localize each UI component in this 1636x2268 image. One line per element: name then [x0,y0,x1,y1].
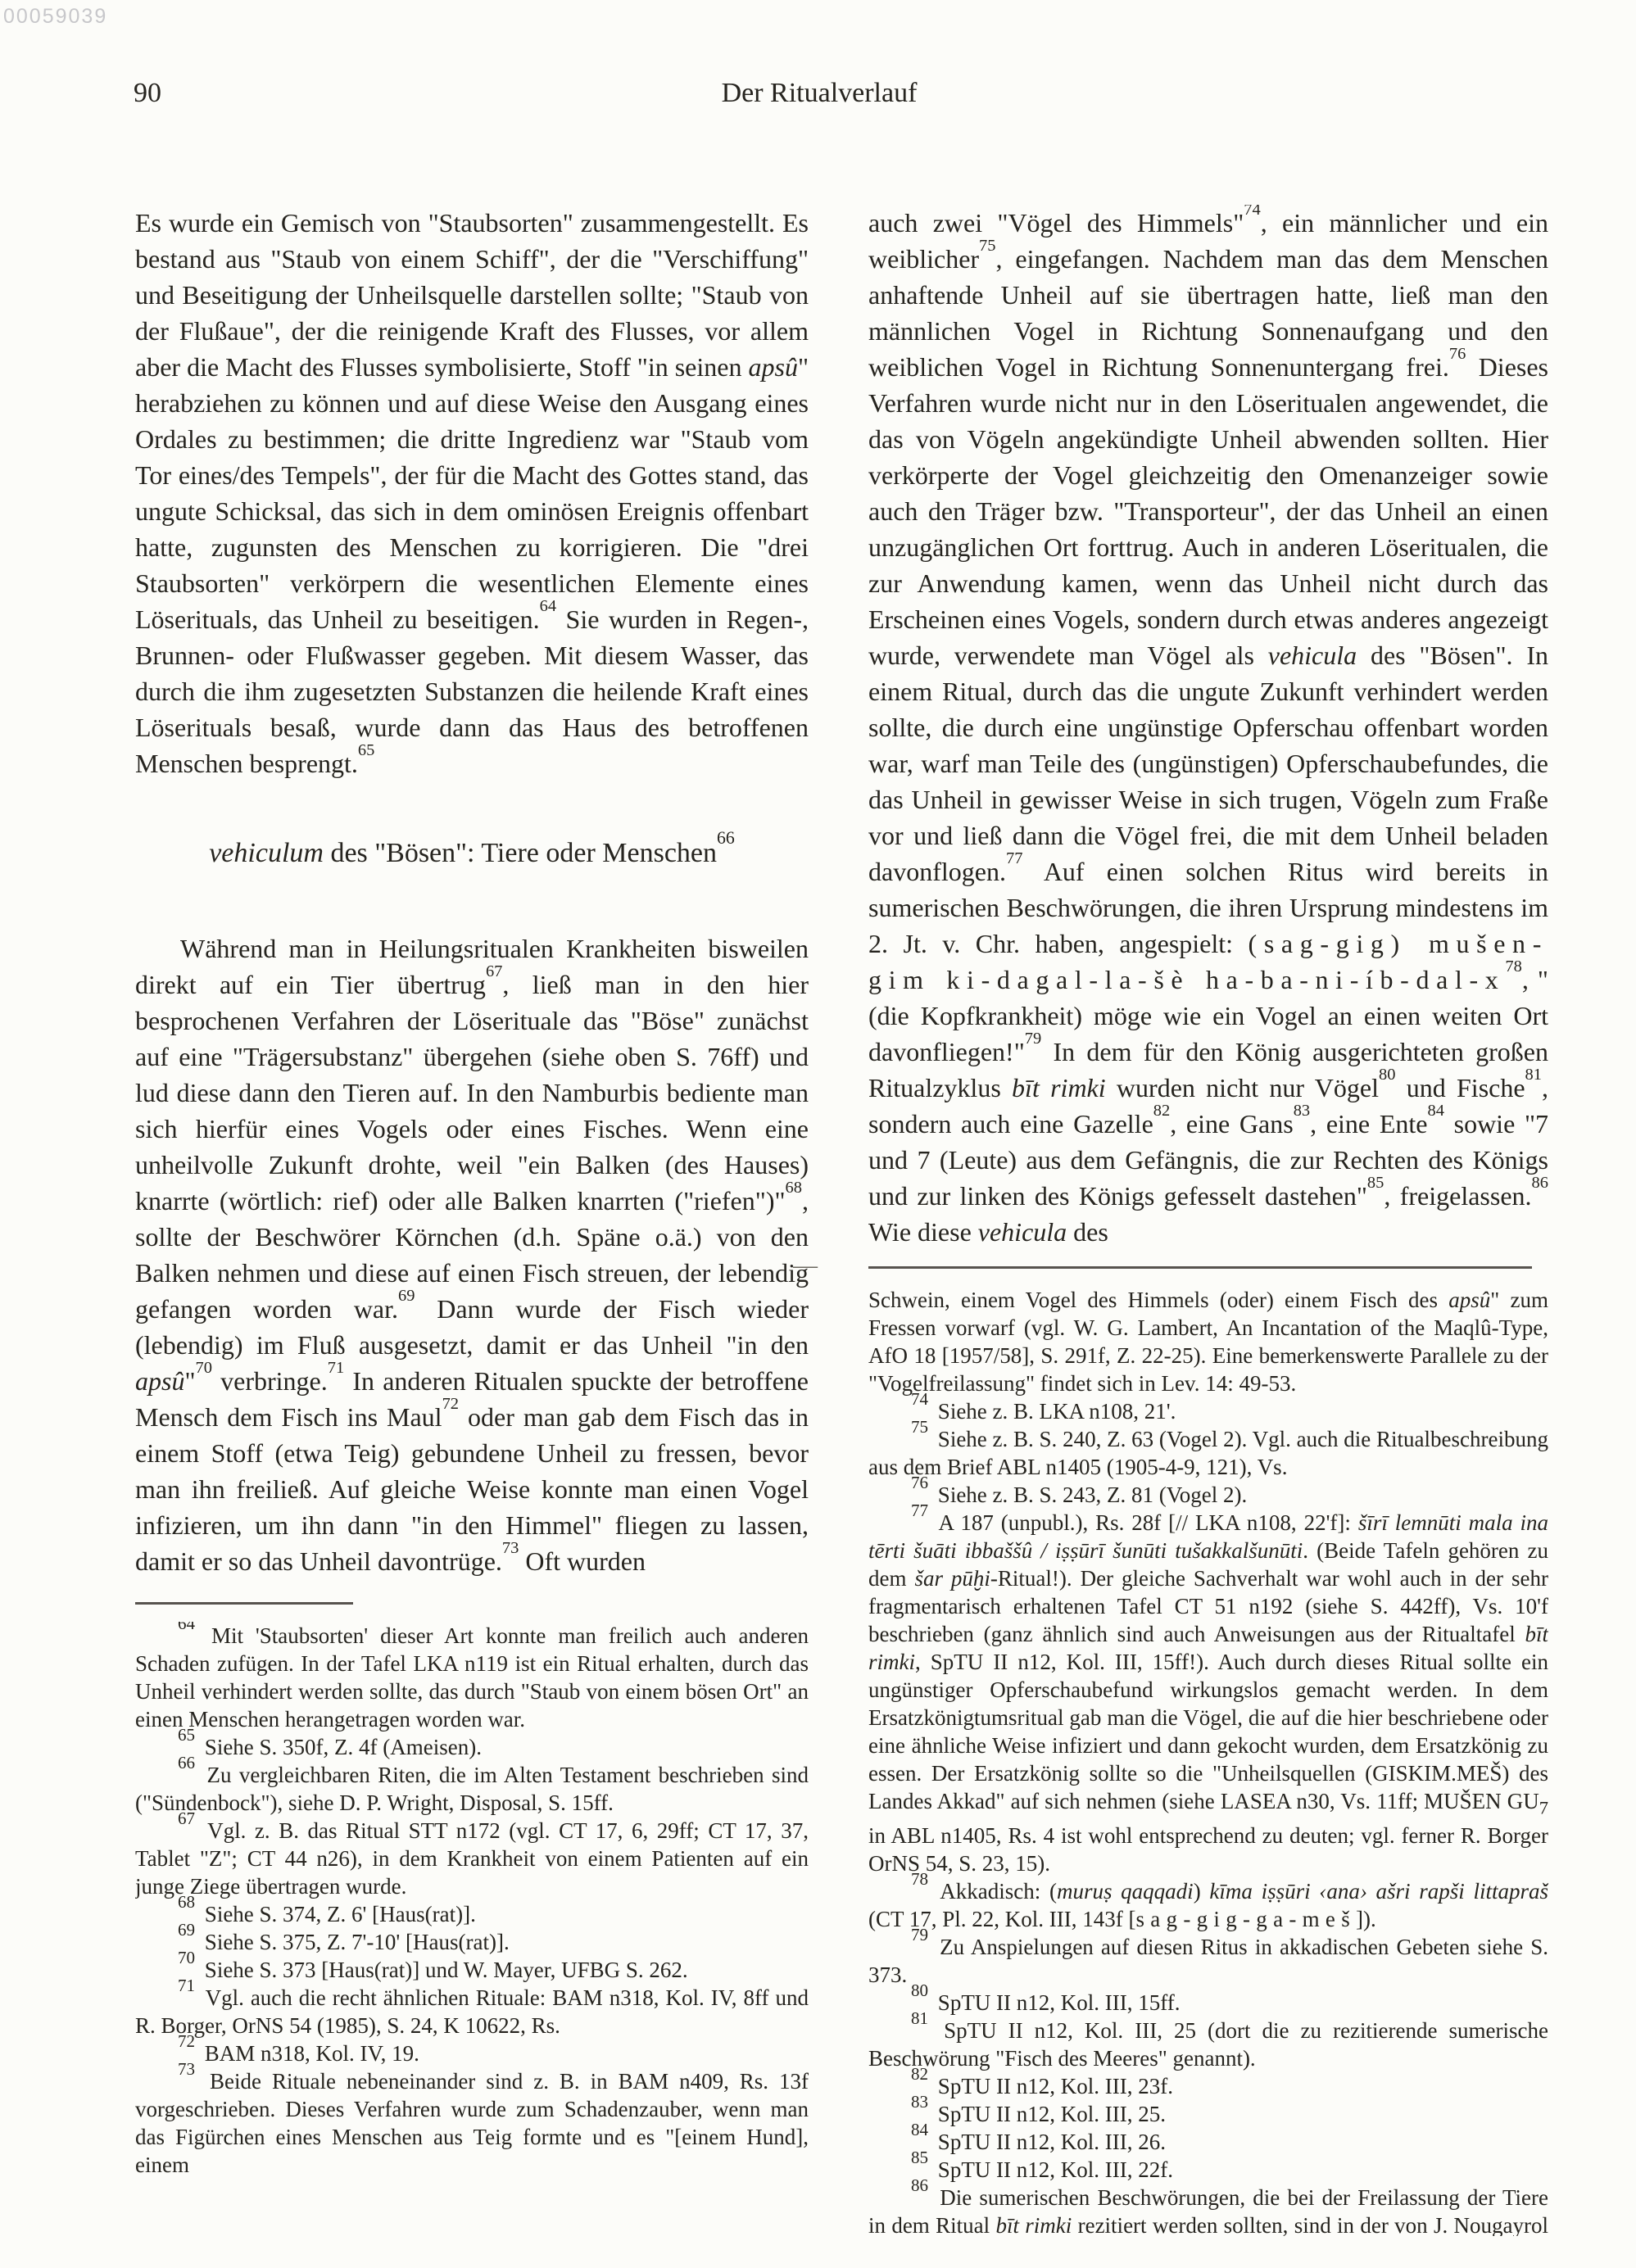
footnote-81: 81 SpTU II n12, Kol. III, 25 (dort die z… [868,2017,1548,2072]
right-footnotes: Schwein, einem Vogel des Himmels (oder) … [868,1286,1548,2236]
footnote-number: 84 [911,2120,928,2139]
footnote-number: 82 [911,2064,928,2084]
footnote-69: 69 Siehe S. 375, Z. 7'-10' [Haus(rat)]. [135,1928,809,1956]
footnote-73: 73 Beide Rituale nebeneinander sind z. B… [135,2067,809,2179]
book-page-scan: 00059039 90 Der Ritualverlauf Es wurde e… [0,0,1636,2268]
footnote-72: 72 BAM n318, Kol. IV, 19. [135,2039,809,2067]
section-heading: vehiculum des "Bösen": Tiere oder Mensch… [135,834,809,873]
footnote-number: 81 [911,2008,928,2028]
footnote-86: 86 Die sumerischen Beschwörungen, die be… [868,2184,1548,2236]
footnote-number: 71 [178,1976,195,1995]
footnote-71: 71 Vgl. auch die recht ähnlichen Rituale… [135,1984,809,2039]
footnote-65: 65 Siehe S. 350f, Z. 4f (Ameisen). [135,1733,809,1761]
paragraph-voegel: auch zwei "Vögel des Himmels"74, ein män… [868,205,1548,1250]
scan-id-stamp: 00059039 [3,5,107,29]
footnote-75: 75 Siehe z. B. S. 240, Z. 63 (Vogel 2). … [868,1425,1548,1481]
footnote-67: 67 Vgl. z. B. das Ritual STT n172 (vgl. … [135,1817,809,1900]
paragraph-vehiculum: Während man in Heilungsritualen Krankhei… [135,930,809,1579]
footnote-82: 82 SpTU II n12, Kol. III, 23f. [868,2072,1548,2100]
footnote-number: 85 [911,2148,928,2167]
footnote-77: 77 A 187 (unpubl.), Rs. 28f [// LKA n108… [868,1509,1548,1877]
footnote-number: 79 [911,1925,928,1944]
footnote-number: 73 [178,2059,195,2079]
running-title: Der Ritualverlauf [74,78,1565,109]
footnote-number: 83 [911,2092,928,2112]
footnote-number: 64 [178,1622,195,1633]
footnote-79: 79 Zu Anspielungen auf diesen Ritus in a… [868,1933,1548,1989]
footnote-separator-left [135,1602,353,1605]
footnote-number: 68 [178,1892,195,1912]
footnote-number: 77 [911,1501,928,1520]
footnote-number: 75 [911,1417,928,1437]
footnote-68: 68 Siehe S. 374, Z. 6' [Haus(rat)]. [135,1900,809,1928]
footnote-84: 84 SpTU II n12, Kol. III, 26. [868,2128,1548,2156]
footnote-83: 83 SpTU II n12, Kol. III, 25. [868,2100,1548,2128]
right-column: auch zwei "Vögel des Himmels"74, ein män… [868,205,1548,1260]
footnote-number: 76 [911,1473,928,1492]
footnote-64: 64 Mit 'Staubsorten' dieser Art konnte m… [135,1622,809,1733]
footnote-76: 76 Siehe z. B. S. 243, Z. 81 (Vogel 2). [868,1481,1548,1509]
footnote-74: 74 Siehe z. B. LKA n108, 21'. [868,1397,1548,1425]
footnote-number: 70 [178,1948,195,1967]
footnote-number: 74 [911,1389,928,1409]
footnote-number: 78 [911,1869,928,1889]
footnote-66: 66 Zu vergleichbaren Riten, die im Alten… [135,1761,809,1817]
footnote-number: 69 [178,1920,195,1940]
footnote-85: 85 SpTU II n12, Kol. III, 22f. [868,2156,1548,2184]
footnote-number: 72 [178,2031,195,2051]
footnote-78: 78 Akkadisch: (muruṣ qaqqadi) kīma iṣṣūr… [868,1877,1548,1933]
footnote-continuation: Schwein, einem Vogel des Himmels (oder) … [868,1286,1548,1397]
footnote-number: 80 [911,1981,928,2000]
paragraph-staubsorten: Es wurde ein Gemisch von "Staubsorten" z… [135,205,809,781]
footnote-80: 80 SpTU II n12, Kol. III, 15ff. [868,1989,1548,2017]
margin-dash-artifact: — [793,1252,818,1279]
footnote-70: 70 Siehe S. 373 [Haus(rat)] und W. Mayer… [135,1956,809,1984]
left-column: Es wurde ein Gemisch von "Staubsorten" z… [135,205,809,1596]
footnote-number: 67 [178,1809,195,1828]
footnote-number: 86 [911,2175,928,2195]
footnote-number: 66 [178,1753,195,1772]
footnote-number: 65 [178,1725,195,1745]
footnote-separator-right [868,1266,1532,1269]
left-footnotes: 64 Mit 'Staubsorten' dieser Art konnte m… [135,1622,809,2244]
